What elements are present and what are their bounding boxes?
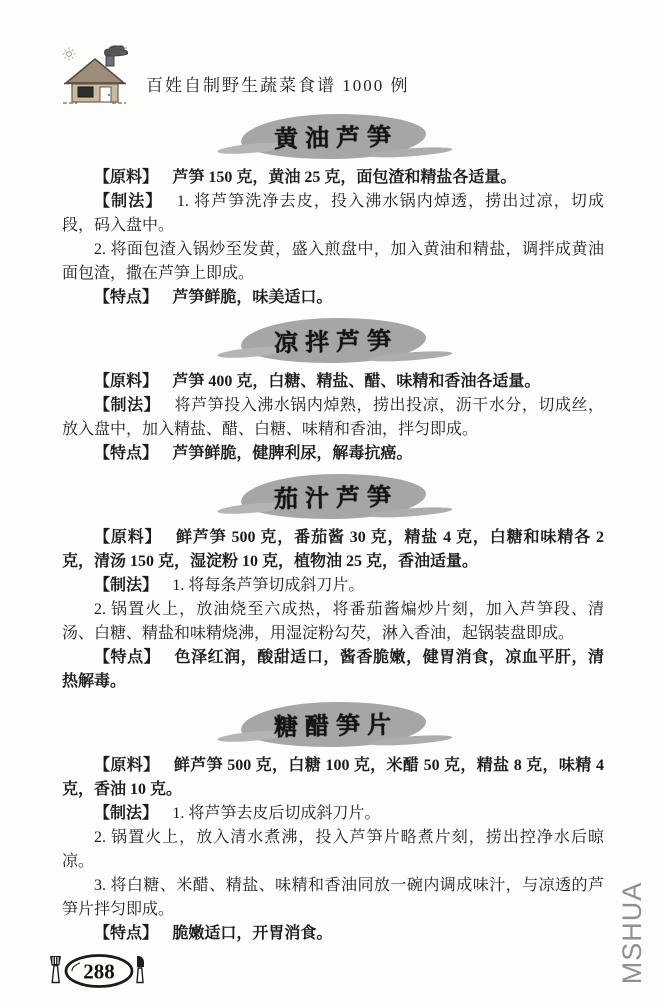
- method-label: 【制法】: [94, 805, 158, 822]
- features-text: 脆嫩适口，开胃消食。: [172, 925, 332, 942]
- house-icon: [62, 45, 128, 105]
- features-label: 【特点】: [94, 445, 158, 462]
- method-paragraph: 【制法】将芦笋投入沸水锅内焯熟，捞出投凉，沥干水分，切成丝，放入盘中，加入精盐、…: [62, 394, 604, 442]
- method-step-text: 1. 将每条芦笋切成斜刀片。: [172, 577, 364, 594]
- ingredients-paragraph: 【原料】芦笋 400 克，白糖、精盐、醋、味精和香油各适量。: [62, 370, 604, 394]
- features-label: 【特点】: [94, 925, 158, 942]
- features-label: 【特点】: [94, 649, 160, 666]
- recipe-title-3: 茄汁芦笋: [62, 474, 604, 518]
- recipe-title-2: 凉拌芦笋: [62, 318, 604, 362]
- method-label: 【制法】: [94, 577, 158, 594]
- features-text: 芦笋鲜脆，健脾利尿，解毒抗癌。: [172, 445, 412, 462]
- method-step-paragraph: 3. 将白糖、米醋、精盐、味精和香油同放一碗内调成味汁，与凉透的芦笋片拌匀即成。: [62, 874, 604, 922]
- recipe-title-1: 黄油芦笋: [62, 114, 604, 158]
- recipe-title-brush: 茄汁芦笋: [240, 472, 426, 521]
- page-number: 288: [83, 960, 115, 984]
- page-number-plate: 288: [46, 952, 152, 992]
- features-paragraph: 【特点】芦笋鲜脆，味美适口。: [62, 286, 604, 310]
- features-label: 【特点】: [94, 289, 158, 306]
- page-header: 百姓自制野生蔬菜食谱 1000 例: [62, 44, 604, 106]
- ingredients-text: 芦笋 400 克，白糖、精盐、醋、味精和香油各适量。: [172, 373, 540, 390]
- features-paragraph: 【特点】色泽红润，酸甜适口，酱香脆嫩，健胃消食，凉血平肝，清热解毒。: [62, 646, 604, 694]
- method-paragraph: 【制法】1. 将芦笋去皮后切成斜刀片。: [62, 802, 604, 826]
- recipe-section-2: 凉拌芦笋 【原料】芦笋 400 克，白糖、精盐、醋、味精和香油各适量。 【制法】…: [62, 318, 604, 466]
- book-page: 百姓自制野生蔬菜食谱 1000 例 黄油芦笋 【原料】芦笋 150 克，黄油 2…: [0, 0, 664, 1001]
- features-paragraph: 【特点】脆嫩适口，开胃消食。: [62, 922, 604, 946]
- ingredients-label: 【原料】: [94, 757, 159, 774]
- method-step-paragraph: 2. 将面包渣入锅炒至发黄，盛入煎盘中，加入黄油和精盐，调拌成黄油面包渣，撒在芦…: [62, 238, 604, 286]
- method-label: 【制法】: [94, 397, 160, 414]
- method-step-paragraph: 2. 锅置火上，放入清水煮沸，投入芦笋片略煮片刻，捞出控净水后晾凉。: [62, 826, 604, 874]
- ingredients-paragraph: 【原料】鲜芦笋 500 克，番茄酱 30 克，精盐 4 克，白糖和味精各 2 克…: [62, 526, 604, 574]
- ingredients-label: 【原料】: [94, 529, 162, 546]
- method-label: 【制法】: [94, 193, 163, 210]
- ingredients-paragraph: 【原料】鲜芦笋 500 克，白糖 100 克，米醋 50 克，精盐 8 克，味精…: [62, 754, 604, 802]
- book-title: 百姓自制野生蔬菜食谱 1000 例: [146, 71, 410, 96]
- features-paragraph: 【特点】芦笋鲜脆，健脾利尿，解毒抗癌。: [62, 442, 604, 466]
- page-content: 百姓自制野生蔬菜食谱 1000 例 黄油芦笋 【原料】芦笋 150 克，黄油 2…: [0, 0, 664, 997]
- recipe-section-1: 黄油芦笋 【原料】芦笋 150 克，黄油 25 克，面包渣和精盐各适量。 【制法…: [62, 114, 604, 310]
- knife-icon: [137, 956, 144, 983]
- ingredients-paragraph: 【原料】芦笋 150 克，黄油 25 克，面包渣和精盐各适量。: [62, 166, 604, 190]
- ingredients-text: 芦笋 150 克，黄油 25 克，面包渣和精盐各适量。: [172, 169, 516, 186]
- method-paragraph: 【制法】1. 将芦笋洗净去皮，投入沸水锅内焯透，捞出过凉，切成段，码入盘中。: [62, 190, 604, 238]
- recipe-title-brush: 黄油芦笋: [240, 112, 426, 161]
- recipe-title-brush: 凉拌芦笋: [240, 316, 426, 365]
- watermark-text: MSHUA: [617, 878, 647, 988]
- fork-icon: [50, 956, 61, 983]
- page-footer: 288: [46, 952, 604, 997]
- recipe-title-4: 糖醋笋片: [62, 702, 604, 746]
- method-paragraph: 【制法】1. 将每条芦笋切成斜刀片。: [62, 574, 604, 598]
- recipe-title-brush: 糖醋笋片: [240, 700, 426, 749]
- ingredients-label: 【原料】: [94, 373, 158, 390]
- recipe-section-3: 茄汁芦笋 【原料】鲜芦笋 500 克，番茄酱 30 克，精盐 4 克，白糖和味精…: [62, 474, 604, 694]
- ingredients-label: 【原料】: [94, 169, 158, 186]
- method-step-text: 1. 将芦笋去皮后切成斜刀片。: [172, 805, 380, 822]
- features-text: 芦笋鲜脆，味美适口。: [172, 289, 332, 306]
- method-step-paragraph: 2. 锅置火上，放油烧至六成热，将番茄酱煸炒片刻，加入芦笋段、清汤、白糖、精盐和…: [62, 598, 604, 646]
- recipe-section-4: 糖醋笋片 【原料】鲜芦笋 500 克，白糖 100 克，米醋 50 克，精盐 8…: [62, 702, 604, 946]
